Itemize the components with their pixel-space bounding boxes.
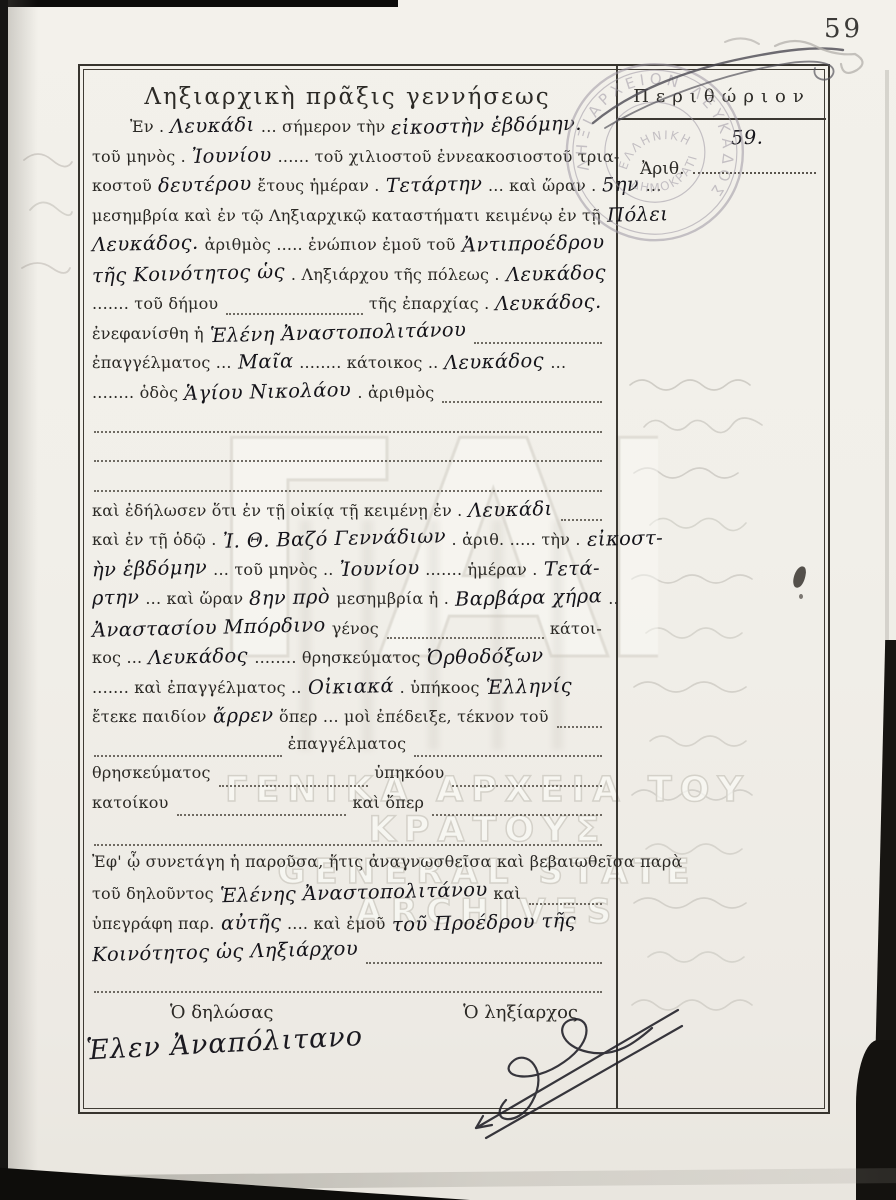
handwritten-entry: Λευκάδι xyxy=(170,113,255,138)
printed-text: . ὑπήκοος xyxy=(400,678,480,697)
handwritten-entry: Λευκάδος. xyxy=(495,290,602,316)
dotted-fill xyxy=(452,785,602,787)
printed-text: κος ... xyxy=(92,648,142,667)
form-line: ἐπαγγέλματος ...Μαῖα........ κάτοικος ..… xyxy=(92,350,608,380)
handwritten-entry: Κοινότητος ὡς Ληξιάρχου xyxy=(92,937,359,966)
handwritten-entry: Βαρβάρα χήρα xyxy=(455,584,603,611)
handwritten-entry: ὴν ἑβδόμην xyxy=(92,555,208,581)
printed-text: .... καὶ ἐμοῦ xyxy=(287,914,386,933)
dotted-fill xyxy=(557,726,602,728)
form-line: Λευκάδος.ἀριθμὸς ..... ἐνώπιον ἐμοῦ τοῦἈ… xyxy=(92,232,608,262)
handwritten-entry: αὐτῆς xyxy=(220,910,281,934)
dotted-fill xyxy=(94,431,602,433)
handwritten-entry: δευτέρου xyxy=(158,172,252,197)
handwritten-entry: Τετά- xyxy=(543,556,600,580)
dotted-fill xyxy=(366,962,602,964)
registrar-signature-flourish xyxy=(468,1000,708,1140)
dotted-fill xyxy=(94,490,602,492)
form-line: τῆς Κοινότητος ὡς. Ληξιάρχου τῆς πόλεως … xyxy=(92,262,608,292)
form-line xyxy=(92,970,608,1000)
form-line xyxy=(92,409,608,439)
printed-text: ........ ὁδὸς xyxy=(92,383,178,402)
handwritten-entry: εἰκοστ- xyxy=(586,526,663,551)
dotted-fill xyxy=(94,991,602,993)
handwritten-entry: Ἑλληνίς xyxy=(485,673,572,698)
printed-text: καὶ ὅπερ xyxy=(352,793,424,812)
printed-text: ἐπαγγέλματος ... xyxy=(92,353,232,372)
dotted-fill xyxy=(219,785,369,787)
printed-text: ἐνεφανίσθη ἡ xyxy=(92,324,204,343)
handwritten-entry: ρτην xyxy=(92,585,140,609)
dotted-fill xyxy=(387,637,544,639)
form-line: ....... καὶ ἐπαγγέλματος ..Οἰκιακά. ὑπήκ… xyxy=(92,675,608,705)
form-line: ἐνεφανίσθη ἡἙλένη Ἀναστοπολιτάνου xyxy=(92,321,608,351)
dotted-fill xyxy=(94,460,602,462)
form-line: κος ...Λευκάδος........ θρησκεύματοςὈρθο… xyxy=(92,645,608,675)
handwritten-entry: Λευκάδος xyxy=(148,644,249,669)
dotted-fill xyxy=(442,401,602,403)
handwritten-entry: ἄρρεν xyxy=(212,703,273,727)
handwritten-entry: Λευκάδι xyxy=(468,496,553,521)
form-lines: Ἐν .Λευκάδι... σήμερον τὴνεἰκοστὴν ἑβδόμ… xyxy=(92,114,608,999)
printed-text: ... xyxy=(550,353,566,372)
form-line: Κοινότητος ὡς Ληξιάρχου xyxy=(92,940,608,970)
printed-text: τοῦ δηλοῦντος xyxy=(92,884,214,903)
ink-speck xyxy=(799,594,803,599)
printed-text: . ἀριθ. ..... τὴν . xyxy=(452,530,581,549)
printed-text: γένος xyxy=(332,619,379,638)
handwritten-entry: τοῦ Προέδρου τῆς xyxy=(391,908,576,935)
printed-text: τῆς ἐπαρχίας . xyxy=(369,294,490,313)
form-line: καὶ ἐν τῇ ὁδῷ .Ἰ. Θ. Βαζό Γεννάδιων. ἀρι… xyxy=(92,527,608,557)
form-line: καὶ ἐδήλωσεν ὅτι ἐν τῇ οἰκίᾳ τῇ κειμένῃ … xyxy=(92,498,608,528)
printed-text: . Ληξιάρχου τῆς πόλεως . xyxy=(291,265,500,284)
form-line xyxy=(92,439,608,469)
handwritten-entry: 8ην πρὸ xyxy=(249,585,331,610)
form-line: θρησκεύματοςὑπηκόου xyxy=(92,763,608,793)
dotted-fill xyxy=(94,844,602,846)
printed-text: καὶ ἐν τῇ ὁδῷ . xyxy=(92,530,217,549)
handwritten-entry: Ἁγίου Νικολάου xyxy=(184,377,352,404)
form-line: κατοίκουκαὶ ὅπερ xyxy=(92,793,608,823)
handwritten-entry: Ἰουνίου xyxy=(192,143,272,168)
dotted-fill xyxy=(529,903,602,905)
dotted-fill xyxy=(226,313,363,315)
form-line xyxy=(92,822,608,852)
printed-text: ... καὶ ὥραν xyxy=(145,589,243,608)
dotted-fill xyxy=(474,342,602,344)
printed-text: ....... καὶ ἐπαγγέλματος .. xyxy=(92,678,302,697)
printed-text: κοστοῦ xyxy=(92,176,152,195)
handwritten-entry: Λευκάδος xyxy=(444,349,545,374)
scan-edge-right-streak xyxy=(885,70,889,650)
form-line: ἔτεκε παιδίονἄρρενὅπερ ... μοὶ ἐπέδειξε,… xyxy=(92,704,608,734)
form-line: ....... τοῦ δήμουτῆς ἐπαρχίας .Λευκάδος. xyxy=(92,291,608,321)
printed-text: κάτοι- xyxy=(550,619,602,638)
declarant-label: Ὁ δηλώσας xyxy=(170,1002,273,1023)
dotted-fill xyxy=(414,755,602,757)
handwritten-entry: Οἰκιακά xyxy=(307,673,394,698)
printed-text: . ἀριθμὸς xyxy=(357,383,434,402)
printed-text: .. xyxy=(608,589,619,608)
form-line: μεσημβρία καὶ ἐν τῷ Ληξιαρχικῷ καταστήμα… xyxy=(92,203,608,233)
printed-text: καὶ ἐδήλωσεν ὅτι ἐν τῇ οἰκίᾳ τῇ κειμένῃ … xyxy=(92,501,462,520)
handwritten-entry: τῆς Κοινότητος ὡς xyxy=(92,259,285,287)
printed-text: ὑπεγράφη παρ. xyxy=(92,914,215,933)
form-line: ἐπαγγέλματος xyxy=(92,734,608,764)
printed-text: ....... ἡμέραν . xyxy=(425,560,537,579)
printed-text: ....... τοῦ δήμου xyxy=(92,294,218,313)
dotted-fill xyxy=(561,519,602,521)
printed-text: μεσημβρία καὶ ἐν τῷ Ληξιαρχικῷ καταστήμα… xyxy=(92,206,601,225)
printed-text: Ἐφ' ᾧ συνετάγη ἡ παροῦσα, ἥτις ἀναγνωσθε… xyxy=(92,852,682,871)
printed-text: ........ θρησκεύματος xyxy=(254,648,420,667)
form-line: ὴν ἑβδόμην... τοῦ μηνὸς ..Ἰουνίου.......… xyxy=(92,557,608,587)
printed-text: ἀριθμὸς ..... ἐνώπιον ἐμοῦ τοῦ xyxy=(205,235,456,254)
dotted-fill xyxy=(432,814,602,816)
scanned-birth-act-page: ΓΑΚ ΓΕΝΙΚΑ ΑΡΧΕΙΑ ΤΟΥ ΚΡΑΤΟΥΣ GENERAL ST… xyxy=(0,0,896,1200)
form-line xyxy=(92,468,608,498)
printed-text: ὅπερ ... μοὶ ἐπέδειξε, τέκνον τοῦ xyxy=(279,707,549,726)
dotted-fill xyxy=(177,814,347,816)
form-line: Ἐφ' ᾧ συνετάγη ἡ παροῦσα, ἥτις ἀναγνωσθε… xyxy=(92,852,608,882)
form-line: Ἀναστασίου Μπόρδινογένοςκάτοι- xyxy=(92,616,608,646)
form-line: τοῦ δηλοῦντοςἙλένης Ἀναστοπολιτάνουκαὶ xyxy=(92,881,608,911)
handwritten-entry: Ὀρθοδόξων xyxy=(426,644,543,670)
form-line: τοῦ μηνὸς .Ἰουνίου...... τοῦ χιλιοστοῦ ἐ… xyxy=(92,144,608,174)
printed-text: τοῦ μηνὸς . xyxy=(92,147,186,166)
printed-text: μεσημβρία ἡ . xyxy=(336,589,449,608)
printed-text: ........ κάτοικος .. xyxy=(299,353,438,372)
form-line: ρτην... καὶ ὥραν8ην πρὸμεσημβρία ἡ .Βαρβ… xyxy=(92,586,608,616)
form-line: ὑπεγράφη παρ.αὐτῆς.... καὶ ἐμοῦτοῦ Προέδ… xyxy=(92,911,608,941)
printed-text: ἐπαγγέλματος xyxy=(288,734,407,753)
handwritten-entry: Τετάρτην xyxy=(385,172,482,197)
handwritten-entry: Ἰ. Θ. Βαζό Γεννάδιων xyxy=(222,524,445,552)
handwritten-entry: Ἑλένης Ἀναστοπολιτάνου xyxy=(220,878,488,908)
scan-edge-left-strip xyxy=(0,0,8,1200)
handwritten-entry: Ἰουνίου xyxy=(339,556,419,581)
dotted-fill xyxy=(94,755,282,757)
printed-text: ... τοῦ μηνὸς .. xyxy=(213,560,333,579)
ink-annotation-flourish xyxy=(575,28,885,143)
printed-text: κατοίκου xyxy=(92,793,169,812)
form-line: ........ ὁδὸςἉγίου Νικολάου. ἀριθμὸς xyxy=(92,380,608,410)
scan-edge-top-bar xyxy=(0,0,398,7)
printed-text: θρησκεύματος xyxy=(92,763,211,782)
form-line: κοστοῦδευτέρουἔτους ἡμέραν .Τετάρτην... … xyxy=(92,173,608,203)
printed-text: ἔτεκε παιδίον xyxy=(92,707,207,726)
handwritten-entry: Μαῖα xyxy=(237,349,293,373)
handwritten-entry: Λευκάδος. xyxy=(92,231,199,257)
handwritten-entry: Ἑλένη Ἀναστοπολιτάνου xyxy=(210,317,467,346)
printed-text: ... σήμερον τὴν xyxy=(261,117,386,136)
printed-text: καὶ xyxy=(493,884,521,903)
printed-text: ὑπηκόου xyxy=(374,763,444,782)
scan-edge-left-shade xyxy=(8,0,38,1200)
printed-text: ἔτους ἡμέραν . xyxy=(258,176,380,195)
printed-text: Ἐν . xyxy=(130,117,164,136)
handwritten-entry: Ἀναστασίου Μπόρδινο xyxy=(92,613,326,642)
